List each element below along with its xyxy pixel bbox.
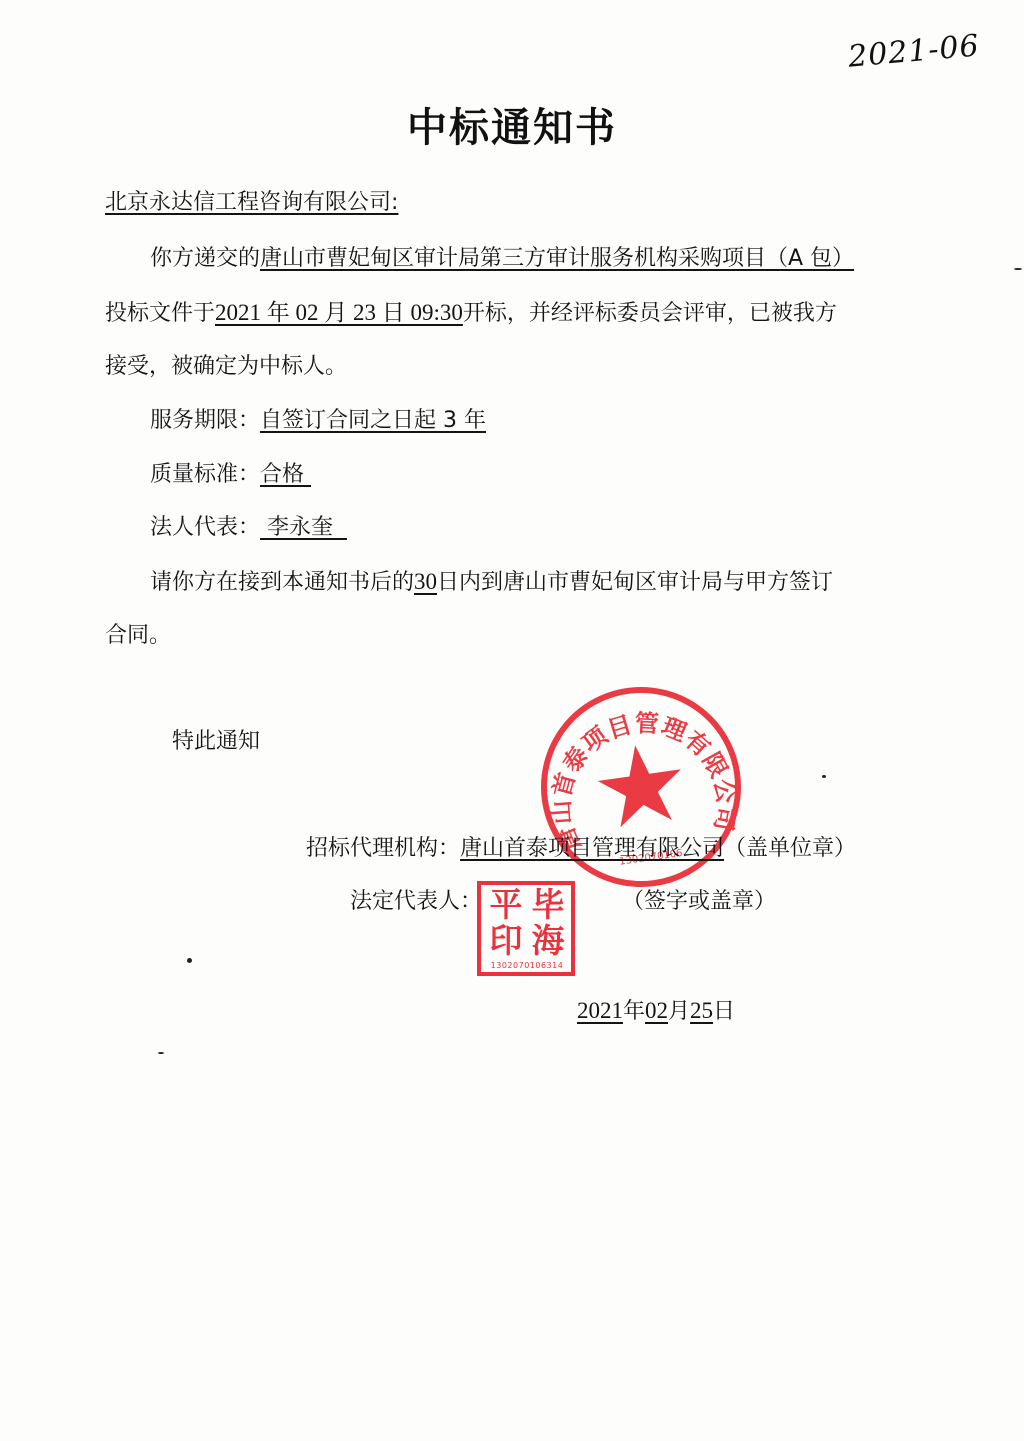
- field-service-period: 服务期限：自签订合同之日起 3 年: [150, 406, 486, 436]
- field-legal-representative: 法人代表： 李永奎: [150, 513, 347, 543]
- project-name: 唐山市曹妃甸区审计局第三方审计服务机构采购项目（A 包）: [260, 246, 854, 271]
- field-label: 法人代表：: [150, 515, 260, 540]
- seal-char: 海: [527, 923, 569, 959]
- p1-prefix: 你方递交的: [150, 246, 260, 271]
- contract-notice-line-2: 合同。: [105, 621, 171, 651]
- date-year-unit: 年: [623, 999, 645, 1024]
- field-value: 李永奎: [260, 515, 347, 540]
- opening-datetime: 2021 年 02 月 23 日 09:30: [215, 300, 463, 325]
- legal-rep-note: （签字或盖章）: [622, 887, 776, 917]
- scan-speck: [187, 958, 192, 963]
- page-title: 中标通知书: [0, 96, 1024, 153]
- recipient: 北京永达信工程咨询有限公司:: [105, 188, 398, 218]
- field-value: 合格: [260, 462, 311, 487]
- paragraph-line-1: 你方递交的唐山市曹妃甸区审计局第三方审计服务机构采购项目（A 包）: [150, 244, 854, 274]
- p1-line2-suffix: 开标，并经评标委员会评审，已被我方: [463, 301, 837, 326]
- agency-label: 招标代理机构：: [306, 836, 460, 861]
- p1-line2-prefix: 投标文件于: [105, 301, 215, 326]
- scan-speck: [158, 1052, 164, 1054]
- paragraph-line-2: 投标文件于2021 年 02 月 23 日 09:30开标，并经评标委员会评审，…: [105, 298, 837, 329]
- handwritten-note: 2021-06: [847, 28, 981, 74]
- legal-rep-label: 法定代表人：: [350, 887, 482, 917]
- scan-speck: [822, 775, 826, 778]
- agency-name: 唐山首泰项目管理有限公司: [460, 836, 724, 861]
- field-label: 服务期限：: [150, 408, 260, 433]
- seal-char: 平: [485, 887, 527, 923]
- field-quality-standard: 质量标准：合格: [150, 460, 311, 490]
- date-month-unit: 月: [668, 999, 690, 1024]
- seal-char: 毕: [527, 887, 569, 923]
- agency-line: 招标代理机构：唐山首泰项目管理有限公司（盖单位章）: [306, 834, 856, 864]
- contract-notice-line-1: 请你方在接到本通知书后的30日内到唐山市曹妃甸区审计局与甲方签订: [150, 567, 833, 598]
- scan-speck: [1014, 268, 1022, 270]
- date-year: 2021: [577, 998, 623, 1023]
- date-month: 02: [645, 998, 668, 1023]
- date-day-unit: 日: [713, 999, 735, 1024]
- contract-days: 30: [414, 569, 437, 594]
- personal-seal: 平 毕 印 海 1302070106314: [477, 881, 575, 976]
- issue-date: 2021年02月25日: [577, 996, 735, 1027]
- company-seal: 唐山首泰项目管理有限公司 1302070106: [528, 674, 754, 900]
- paragraph-line-3: 接受，被确定为中标人。: [105, 352, 347, 382]
- date-day: 25: [690, 998, 713, 1023]
- field-label: 质量标准：: [150, 462, 260, 487]
- seal-code: 1302070106314: [483, 961, 571, 970]
- field-value: 自签订合同之日起 3 年: [260, 408, 486, 433]
- closing-text: 特此通知: [172, 727, 260, 757]
- contract-notice-suffix: 日内到唐山市曹妃甸区审计局与甲方签订: [437, 570, 833, 595]
- agency-note: （盖单位章）: [724, 836, 856, 861]
- contract-notice-prefix: 请你方在接到本通知书后的: [150, 570, 414, 595]
- seal-char: 印: [485, 923, 527, 959]
